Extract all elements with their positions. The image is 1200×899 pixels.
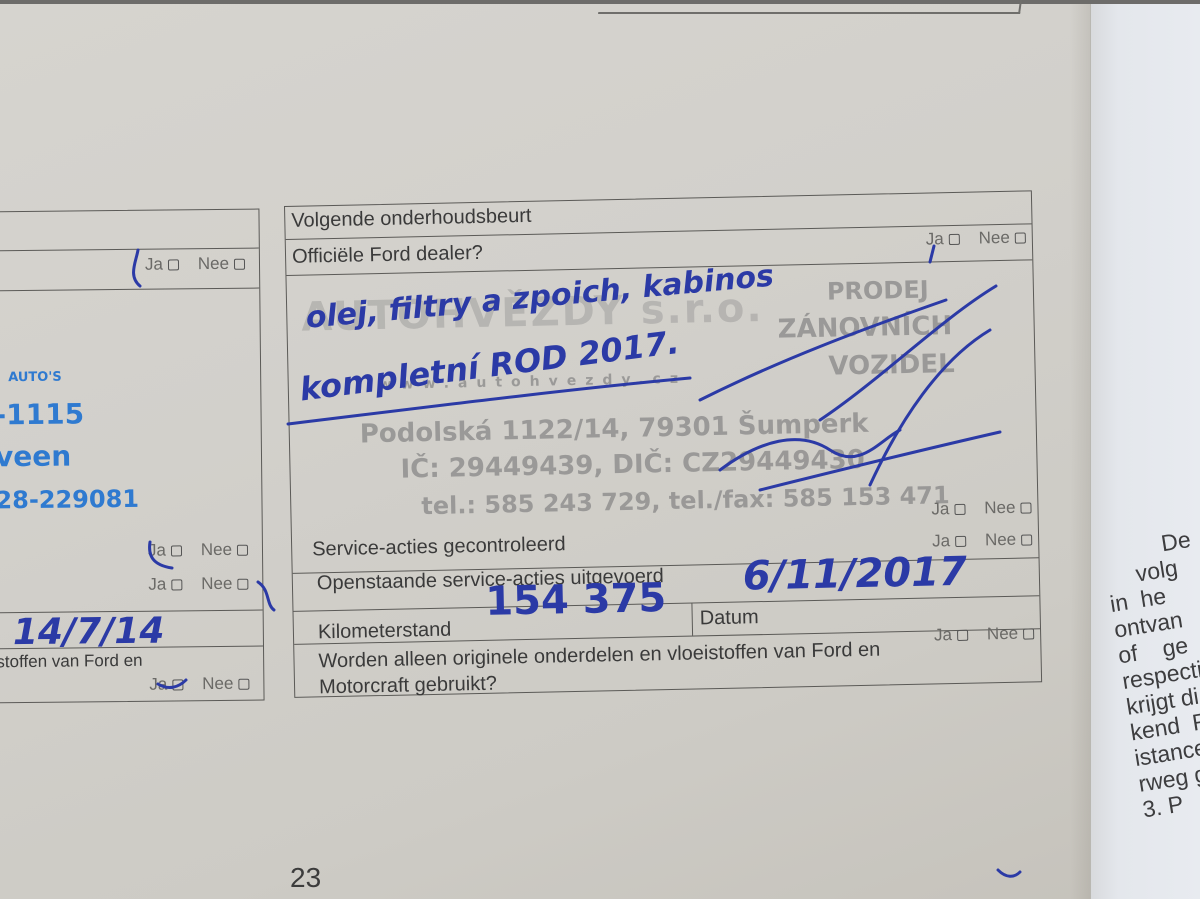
service-checked-nee-checkbox[interactable] bbox=[1020, 502, 1031, 513]
stamp-side-1: PRODEJ bbox=[827, 276, 929, 306]
left-open-ja-checkbox[interactable] bbox=[171, 579, 182, 590]
form-title: Volgende onderhoudsbeurt bbox=[291, 205, 532, 233]
previous-service-entry: Ja Nee AUTO'S -1115 veen 28-229081 Ja Ne… bbox=[0, 209, 265, 704]
left-open-actions-options: Ja Nee bbox=[148, 574, 248, 595]
mileage-date-row: Kilometerstand Datum bbox=[293, 595, 1040, 645]
previous-form-edge bbox=[598, 0, 1022, 14]
dealer-ja-checkbox[interactable] bbox=[949, 234, 960, 245]
parts-question-line-2: Motorcraft gebruikt? bbox=[319, 673, 497, 700]
parts-question-line-1: Worden alleen originele onderdelen en vl… bbox=[318, 639, 880, 674]
left-dealer-ja-checkbox[interactable] bbox=[168, 259, 179, 270]
parts-nee-checkbox[interactable] bbox=[1023, 628, 1034, 639]
service-checked-options: Ja Nee bbox=[931, 497, 1031, 519]
left-row-dealer: Ja Nee bbox=[0, 288, 259, 292]
left-parts-nee-checkbox[interactable] bbox=[238, 679, 249, 690]
left-row-top bbox=[0, 248, 259, 252]
stamp-tax-ids: IČ: 29449439, DIČ: CZ29449430 bbox=[400, 445, 865, 485]
dealer-question: Officiële Ford dealer? bbox=[292, 242, 483, 269]
open-actions-ja-checkbox[interactable] bbox=[955, 536, 966, 547]
mileage-label: Kilometerstand bbox=[318, 619, 452, 645]
next-service-entry: Volgende onderhoudsbeurt Officiële Ford … bbox=[284, 190, 1042, 698]
left-open-nee-checkbox[interactable] bbox=[237, 579, 248, 590]
left-service-nee-checkbox[interactable] bbox=[237, 545, 248, 556]
stamp-side-2: ZÁNOVNÍCH bbox=[777, 311, 952, 345]
dealer-options: Ja Nee bbox=[926, 227, 1026, 249]
stamp-address: Podolská 1122/14, 79301 Šumperk bbox=[359, 409, 868, 450]
mileage-value: 154 375 bbox=[485, 575, 667, 625]
dealer-nee-checkbox[interactable] bbox=[1015, 232, 1026, 243]
date-label: Datum bbox=[699, 606, 758, 630]
page-number: 23 bbox=[290, 862, 321, 894]
left-dealer-options: Ja Nee bbox=[145, 254, 245, 275]
left-service-ja-checkbox[interactable] bbox=[171, 545, 182, 556]
parts-options: Ja Nee bbox=[934, 623, 1034, 645]
dealer-stamp-line-4: 28-229081 bbox=[0, 485, 139, 515]
date-value: 6/11/2017 bbox=[742, 549, 967, 600]
dealer-stamp-line-3: veen bbox=[0, 440, 71, 474]
dealer-stamp-line-2: -1115 bbox=[0, 397, 84, 431]
stamp-phone: tel.: 585 243 729, tel./fax: 585 153 471 bbox=[421, 481, 950, 520]
open-actions-nee-checkbox[interactable] bbox=[1021, 534, 1032, 545]
stamp-side-3: VOZIDEL bbox=[828, 349, 955, 382]
left-handwritten-date: 14/7/14 bbox=[13, 611, 165, 654]
left-parts-question: eistoffen van Ford en bbox=[0, 651, 143, 673]
service-checked-label: Service-acties gecontroleerd bbox=[312, 533, 566, 561]
service-checked-ja-checkbox[interactable] bbox=[954, 504, 965, 515]
left-dealer-nee-checkbox[interactable] bbox=[234, 259, 245, 270]
mileage-date-divider bbox=[691, 604, 693, 636]
dealer-stamp-line-1: AUTO'S bbox=[8, 370, 62, 386]
parts-ja-checkbox[interactable] bbox=[957, 630, 968, 641]
left-service-checked-options: Ja Nee bbox=[148, 540, 248, 561]
left-parts-options: Ja Nee bbox=[149, 674, 249, 695]
left-parts-ja-checkbox[interactable] bbox=[172, 679, 183, 690]
